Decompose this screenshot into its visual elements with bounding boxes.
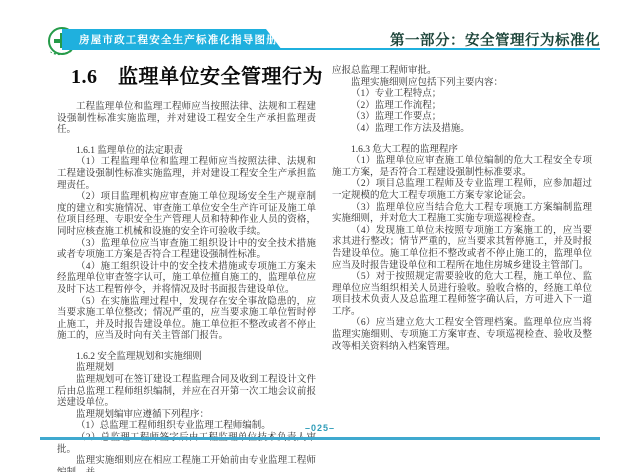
paragraph: 监理规划可在签订建设工程监理合同及收到工程设计文件后由总监理工程师组织编制，并应… — [57, 375, 316, 410]
paragraph: 监理实施细则应在相应工程施工开始前由专业监理工程师编制，并 — [57, 456, 316, 472]
page-title: 1.6 监理单位安全管理行为 — [71, 60, 316, 89]
paragraph: （3）监理工作要点； — [332, 112, 592, 124]
page-number: –025– — [0, 423, 640, 433]
paragraph: （2）项目总监理工程师及专业监理工程师，应参加超过一定规模的危大工程专项施工方案… — [332, 179, 592, 202]
left-column: 1.6 监理单位安全管理行为 工程监理单位和监理工程师应当按照法律、法规和工程建… — [57, 60, 316, 472]
footer-rule — [40, 437, 600, 440]
paragraph: 1.6.3 危大工程的监理程序 — [332, 145, 592, 157]
paragraph: 1.6.1 监理单位的法定职责 — [57, 146, 316, 158]
paragraph: （4）监理工作方法及措施。 — [332, 124, 592, 136]
right-column: 应报总监理工程师审批。监理实施细则应包括下列主要内容：（1）专业工程特点；（2）… — [332, 66, 592, 353]
paragraph: （2）项目监理机构应审查施工单位现场安全生产规章制度的建立和实施情况、审查施工单… — [57, 192, 316, 238]
paragraph: 监理实施细则应包括下列主要内容： — [332, 78, 592, 90]
paragraph: （3）监理单位应当审查施工组织设计中的安全技术措施或者专项施工方案是否符合工程建… — [57, 239, 316, 262]
left-column-paragraphs: 工程监理单位和监理工程师应当按照法律、法规和工程建设强制性标准实施监理，并对建设… — [57, 102, 316, 472]
paragraph: （4）发现施工单位未按照专项施工方案施工的，应当要求其进行整改；情节严重的，应当… — [332, 226, 592, 272]
paragraph: （5）对于按照规定需要验收的危大工程，施工单位、监理单位应当组织相关人员进行验收… — [332, 272, 592, 318]
paragraph: 监理规划 — [57, 363, 316, 375]
paragraph: （1）工程监理单位和监理工程师应当按照法律、法规和工程建设强制性标准实施监理，并… — [57, 157, 316, 192]
paragraph: （4）施工组织设计中的安全技术措施或专项施工方案未经监理单位审查签字认可，施工单… — [57, 262, 316, 297]
paragraph: 应报总监理工程师审批。 — [332, 66, 592, 78]
paragraph: （2）监理工作流程； — [332, 101, 592, 113]
paragraph: 工程监理单位和监理工程师应当按照法律、法规和工程建设强制性标准实施监理，并对建设… — [57, 102, 316, 137]
paragraph: （6）应当建立危大工程安全管理档案。监理单位应当将监理实施细则、专项施工方案审查… — [332, 318, 592, 353]
paragraph: 1.6.2 安全监理规划和实施细则 — [57, 352, 316, 364]
paragraph: （5）在实施监理过程中，发现存在安全事故隐患的，应当要求施工单位整改；情况严重的… — [57, 297, 316, 343]
paragraph: （1）专业工程特点； — [332, 89, 592, 101]
paragraph: （3）监理单位应当结合危大工程专项施工方案编制监理实施细则，并对危大工程施工实施… — [332, 203, 592, 226]
section-title: 第一部分：安全管理行为标准化 — [40, 29, 600, 50]
paragraph: 监理规划编审应遵循下列程序： — [57, 410, 316, 422]
paragraph: （1）监理单位应审查施工单位编制的危大工程安全专项施工方案，是否符合工程建设强制… — [332, 156, 592, 179]
document-page: 房屋市政工程安全生产标准化指导图册 第一部分：安全管理行为标准化 1.6 监理单… — [0, 0, 640, 472]
